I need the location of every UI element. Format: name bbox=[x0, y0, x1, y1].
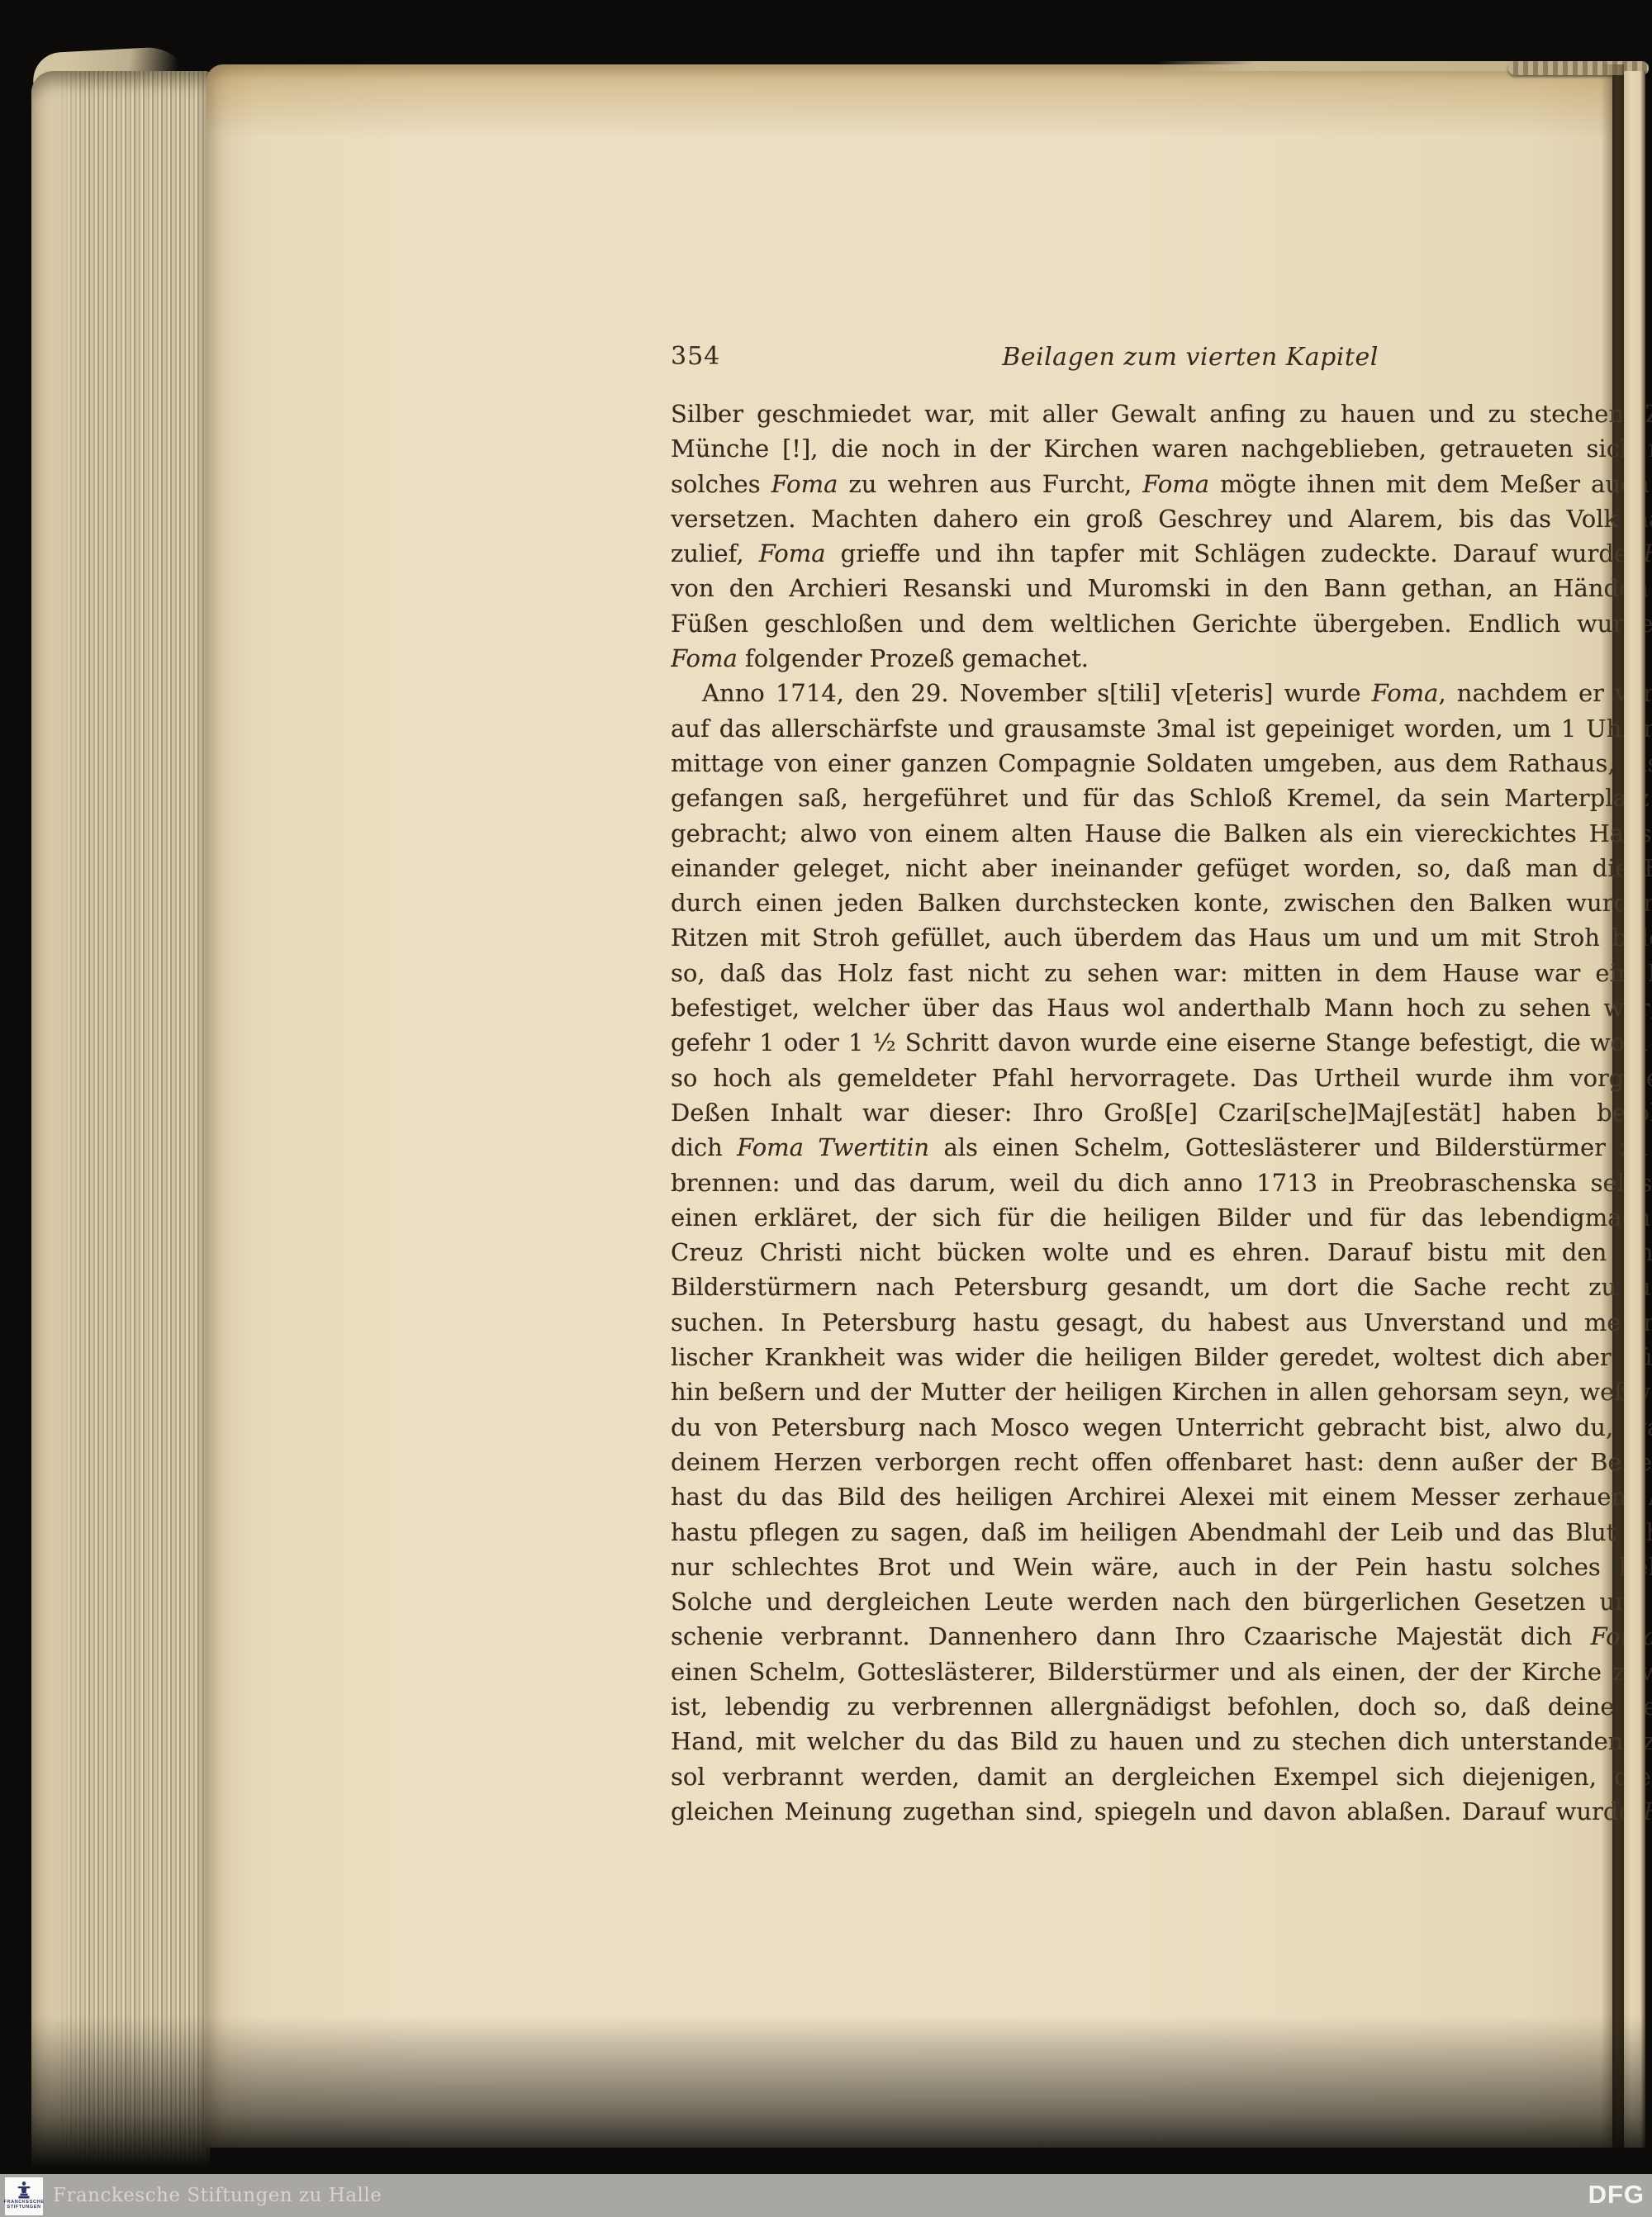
text-line: nur schlechtes Brot und Wein wäre, auch … bbox=[671, 1550, 1652, 1584]
text-line: Hand, mit welcher du das Bild zu hauen u… bbox=[671, 1724, 1652, 1759]
text-line: versetzen. Machten dahero ein groß Gesch… bbox=[671, 501, 1652, 536]
text-line: ist, lebendig zu verbrennen allergnädigs… bbox=[671, 1689, 1652, 1724]
text-line: lischer Krankheit was wider die heiligen… bbox=[671, 1340, 1652, 1374]
text-line: so, daß das Holz fast nicht zu sehen war… bbox=[671, 956, 1652, 990]
scanned-book: 354 Beilagen zum vierten Kapitel Silber … bbox=[0, 0, 1652, 2174]
text-line: Füßen geschloßen und dem weltlichen Geri… bbox=[671, 606, 1652, 641]
text-line: befestiget, welcher über das Haus wol an… bbox=[671, 990, 1652, 1025]
text-line: durch einen jeden Balken durchstecken ko… bbox=[671, 885, 1652, 920]
text-line: suchen. In Petersburg hastu gesagt, du h… bbox=[671, 1305, 1652, 1340]
text-line: Anno 1714, den 29. November s[tili] v[et… bbox=[671, 676, 1652, 710]
text-line: solches Foma zu wehren aus Furcht, Foma … bbox=[671, 467, 1652, 501]
text-line: du von Petersburg nach Mosco wegen Unter… bbox=[671, 1410, 1652, 1445]
dfg-logo: DFG bbox=[1588, 2174, 1645, 2217]
text-line: gebracht; alwo von einem alten Hause die… bbox=[671, 816, 1652, 851]
book-page: 354 Beilagen zum vierten Kapitel Silber … bbox=[206, 64, 1612, 2148]
text-line: Creuz Christi nicht bücken wolte und es … bbox=[671, 1235, 1652, 1270]
text-line: dich Foma Twertitin als einen Schelm, Go… bbox=[671, 1130, 1652, 1165]
text-line: gefangen saß, hergeführet und für das Sc… bbox=[671, 781, 1652, 815]
text-line: zulief, Foma grieffe und ihn tapfer mit … bbox=[671, 536, 1652, 571]
institution-label: Franckesche Stiftungen zu Halle bbox=[53, 2174, 382, 2217]
adjacent-page-edge bbox=[1624, 71, 1645, 2148]
text-line: einen erkläret, der sich für die heilige… bbox=[671, 1200, 1652, 1235]
text-line: von den Archieri Resanski und Muromski i… bbox=[671, 571, 1652, 605]
text-line: gefehr 1 oder 1 ½ Schritt davon wurde ei… bbox=[671, 1025, 1652, 1060]
text-line: einander geleget, nicht aber ineinander … bbox=[671, 851, 1652, 885]
text-line: Bilderstürmern nach Petersburg gesandt, … bbox=[671, 1270, 1652, 1304]
text-line: auf das allerschärfste und grausamste 3m… bbox=[671, 711, 1652, 746]
text-line: mittage von einer ganzen Compagnie Solda… bbox=[671, 746, 1652, 781]
text-line: hastu pflegen zu sagen, daß im heiligen … bbox=[671, 1515, 1652, 1550]
text-line: Münche [!], die noch in der Kirchen ware… bbox=[671, 431, 1652, 466]
text-line: schenie verbrannt. Dannenhero dann Ihro … bbox=[671, 1619, 1652, 1654]
franckesche-logo: FRANCKESCHE STIFTUNGEN bbox=[5, 2177, 43, 2215]
text-line: sol verbrannt werden, damit an dergleich… bbox=[671, 1759, 1652, 1794]
text-line: Solche und dergleichen Leute werden nach… bbox=[671, 1584, 1652, 1619]
text-line: einen Schelm, Gotteslästerer, Bilderstür… bbox=[671, 1654, 1652, 1689]
body-text: Silber geschmiedet war, mit aller Gewalt… bbox=[671, 396, 1652, 1829]
text-line: brennen: und das darum, weil du dich ann… bbox=[671, 1165, 1652, 1200]
gutter-shadow bbox=[1601, 64, 1624, 2148]
running-header: Beilagen zum vierten Kapitel bbox=[671, 343, 1652, 372]
franckesche-emblem-icon bbox=[14, 2180, 34, 2200]
logo-caption-line2: STIFTUNGEN bbox=[4, 2205, 45, 2210]
franckesche-logo-caption: FRANCKESCHE STIFTUNGEN bbox=[4, 2200, 45, 2210]
text-line: hin beßern und der Mutter der heiligen K… bbox=[671, 1374, 1652, 1409]
text-line: deinem Herzen verborgen recht offen offe… bbox=[671, 1445, 1652, 1479]
text-line: Ritzen mit Stroh gefüllet, auch überdem … bbox=[671, 920, 1652, 955]
text-line: hast du das Bild des heiligen Archirei A… bbox=[671, 1479, 1652, 1514]
viewer-footer-bar: FRANCKESCHE STIFTUNGEN Franckesche Stift… bbox=[0, 2174, 1652, 2217]
book-fore-edge-pages bbox=[31, 71, 210, 2174]
text-line: Deßen Inhalt war dieser: Ihro Groß[e] Cz… bbox=[671, 1095, 1652, 1130]
text-line: so hoch als gemeldeter Pfahl hervorraget… bbox=[671, 1061, 1652, 1095]
text-line: gleichen Meinung zugethan sind, spiegeln… bbox=[671, 1794, 1652, 1829]
text-line: Foma folgender Prozeß gemachet. bbox=[671, 641, 1652, 676]
bottom-shadow bbox=[0, 2015, 1652, 2174]
text-line: Silber geschmiedet war, mit aller Gewalt… bbox=[671, 396, 1652, 431]
